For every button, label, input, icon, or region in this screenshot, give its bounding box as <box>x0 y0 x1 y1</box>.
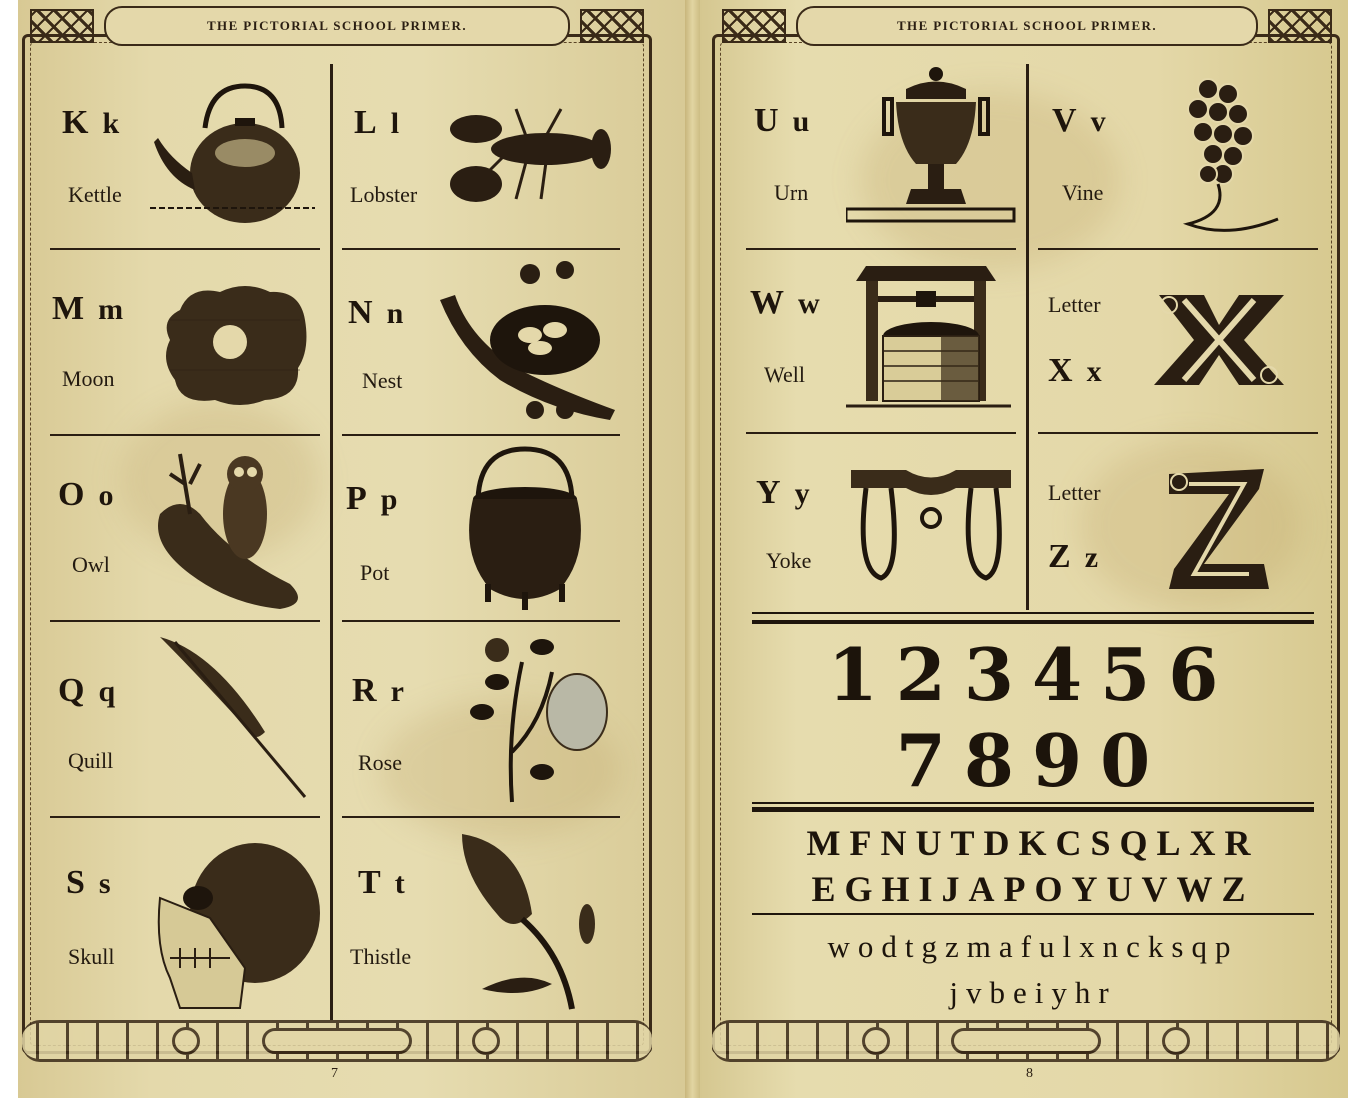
running-head: THE PICTORIAL SCHOOL PRIMER. <box>897 18 1157 34</box>
letter-cell-q: Qq Quill <box>50 622 320 818</box>
ornamental-x-icon <box>1144 280 1294 400</box>
ornamental-z-icon <box>1164 464 1274 594</box>
moon-icon <box>160 280 310 410</box>
letter-cell-t: Tt Thistle <box>342 818 620 1018</box>
braided-oval-ornament-icon <box>262 1028 412 1054</box>
quill-icon <box>155 632 315 802</box>
letter-pair: Mm <box>52 290 137 328</box>
well-icon <box>846 266 1011 416</box>
word-label: Pot <box>360 560 389 586</box>
letter-cell-p: Pp Pot <box>342 436 620 622</box>
uppercase-letter: U <box>754 102 793 139</box>
letter-pair: Vv <box>1052 102 1120 140</box>
lowercase-letter: k <box>102 107 133 140</box>
uppercase-letter: Z <box>1048 538 1085 575</box>
letter-cell-m: Mm Moon <box>50 250 320 436</box>
uppercase-letter: V <box>1052 102 1091 139</box>
numerals-row-2: 7890 <box>752 718 1312 804</box>
medallion-ornament-icon <box>472 1027 500 1055</box>
lowercase-letter: m <box>98 293 137 326</box>
section-rule <box>752 807 1314 812</box>
lowercase-letter: q <box>98 675 129 708</box>
word-label: Nest <box>362 368 402 394</box>
lowercase-letter: z <box>1085 541 1112 574</box>
uppercase-letter: Q <box>58 672 98 709</box>
right-footer-ornament <box>712 1020 1340 1062</box>
word-label: Lobster <box>350 182 417 208</box>
letter-pair: Zz <box>1048 538 1112 576</box>
letter-pair: Rr <box>352 672 418 710</box>
uppercase-letter: Y <box>756 474 795 511</box>
letter-pair: Ss <box>66 864 125 902</box>
letter-pair: Yy <box>756 474 824 512</box>
uppercase-letter: K <box>62 104 102 141</box>
left-page-header: THE PICTORIAL SCHOOL PRIMER. <box>30 0 644 52</box>
lattice-ornament-icon <box>30 9 94 43</box>
letter-pair: Xx <box>1048 352 1116 390</box>
letter-pair: Uu <box>754 102 823 140</box>
numerals-block: 123456 7890 <box>752 632 1312 804</box>
uppercase-letter: S <box>66 864 99 901</box>
letter-pair: Tt <box>358 864 419 902</box>
letter-cell-v: Vv Vine <box>1038 64 1318 250</box>
section-rule <box>752 620 1314 624</box>
word-label: Letter <box>1048 292 1101 318</box>
letter-cell-o: Oo Owl <box>50 436 320 622</box>
lowercase-letter: y <box>795 477 824 510</box>
letter-cell-x: Letter Xx <box>1038 250 1318 434</box>
uppercase-letter: N <box>348 294 387 331</box>
numerals-row-1: 123456 <box>752 632 1312 718</box>
section-rule <box>752 913 1314 915</box>
medallion-ornament-icon <box>1162 1027 1190 1055</box>
letter-cell-y: Yy Yoke <box>746 434 1016 610</box>
lowercase-letter: x <box>1087 355 1116 388</box>
uppercase-letter: M <box>52 290 98 327</box>
header-cartouche: THE PICTORIAL SCHOOL PRIMER. <box>104 6 570 46</box>
word-label: Skull <box>68 944 114 970</box>
letter-pair: Kk <box>62 104 133 142</box>
lowercase-letter: u <box>793 105 824 138</box>
letter-cell-n: Nn Nest <box>342 250 620 436</box>
word-label: Vine <box>1062 180 1103 206</box>
word-label: Well <box>764 362 805 388</box>
header-cartouche: THE PICTORIAL SCHOOL PRIMER. <box>796 6 1258 46</box>
running-head: THE PICTORIAL SCHOOL PRIMER. <box>207 18 467 34</box>
medallion-ornament-icon <box>862 1027 890 1055</box>
uppercase-letter: O <box>58 476 98 513</box>
uppercase-letter: L <box>354 104 391 141</box>
word-label: Letter <box>1048 480 1101 506</box>
uppercase-row-2: EGHIJAPOYUVWZ <box>752 866 1314 912</box>
column-divider <box>330 64 333 1020</box>
lowercase-letter: w <box>798 287 834 320</box>
letter-cell-z: Letter Zz <box>1038 434 1318 610</box>
lowercase-letter: n <box>387 297 418 330</box>
word-label: Thistle <box>350 944 411 970</box>
owl-icon <box>150 444 315 614</box>
lowercase-row-2: jvbeiyhr <box>752 970 1314 1016</box>
uppercase-letter: R <box>352 672 391 709</box>
letter-pair: Oo <box>58 476 127 514</box>
thistle-icon <box>452 824 612 1014</box>
left-footer-ornament <box>22 1020 652 1062</box>
letter-pair: Nn <box>348 294 417 332</box>
page-number: 8 <box>1026 1066 1033 1082</box>
lowercase-letter: r <box>391 675 418 708</box>
rose-icon <box>452 632 612 807</box>
uppercase-letter: T <box>358 864 395 901</box>
lowercase-letter: v <box>1091 105 1120 138</box>
lowercase-alphabet: wodtgzmafulxncksqp jvbeiyhr <box>752 924 1314 1016</box>
right-page-header: THE PICTORIAL SCHOOL PRIMER. <box>722 0 1332 52</box>
lowercase-letter: l <box>391 107 413 140</box>
medallion-ornament-icon <box>172 1027 200 1055</box>
letter-pair: Ll <box>354 104 413 142</box>
letter-cell-w: Ww Well <box>746 250 1016 434</box>
uppercase-row-1: MFNUTDKCSQLXR <box>752 820 1314 866</box>
braided-oval-ornament-icon <box>951 1028 1101 1054</box>
letter-cell-k: Kk Kettle <box>50 64 320 250</box>
urn-icon <box>846 64 1016 230</box>
yoke-icon <box>846 460 1016 590</box>
word-label: Rose <box>358 750 402 776</box>
nest-icon <box>440 260 615 425</box>
skull-icon <box>150 828 325 1013</box>
page-number: 7 <box>331 1066 338 1082</box>
grape-vine-icon <box>1168 74 1288 244</box>
lattice-ornament-icon <box>580 9 644 43</box>
lowercase-letter: p <box>381 483 412 516</box>
lowercase-letter: o <box>98 479 127 512</box>
word-label: Quill <box>68 748 113 774</box>
letter-pair: Qq <box>58 672 129 710</box>
word-label: Urn <box>774 180 808 206</box>
lattice-ornament-icon <box>1268 9 1332 43</box>
lobster-icon <box>446 104 616 214</box>
lowercase-letter: s <box>99 867 125 900</box>
uppercase-alphabet: MFNUTDKCSQLXR EGHIJAPOYUVWZ <box>752 820 1314 912</box>
word-label: Moon <box>62 366 115 392</box>
book-gutter <box>685 0 700 1098</box>
lowercase-row-1: wodtgzmafulxncksqp <box>752 924 1314 970</box>
letter-cell-r: Rr Rose <box>342 622 620 818</box>
lattice-ornament-icon <box>722 9 786 43</box>
uppercase-letter: X <box>1048 352 1087 389</box>
section-rule <box>752 802 1314 804</box>
pot-icon <box>460 444 590 614</box>
letter-cell-s: Ss Skull <box>50 818 320 1018</box>
letter-cell-u: Uu Urn <box>746 64 1016 250</box>
letter-pair: Ww <box>750 284 834 322</box>
uppercase-letter: P <box>346 480 381 517</box>
section-rule <box>752 612 1314 614</box>
letter-cell-l: Ll Lobster <box>342 64 620 250</box>
column-divider <box>1026 64 1029 610</box>
uppercase-letter: W <box>750 284 798 321</box>
lowercase-letter: t <box>395 867 419 900</box>
word-label: Kettle <box>68 182 122 208</box>
kettle-icon <box>150 78 320 228</box>
letter-pair: Pp <box>346 480 411 518</box>
word-label: Owl <box>72 552 110 578</box>
word-label: Yoke <box>766 548 811 574</box>
